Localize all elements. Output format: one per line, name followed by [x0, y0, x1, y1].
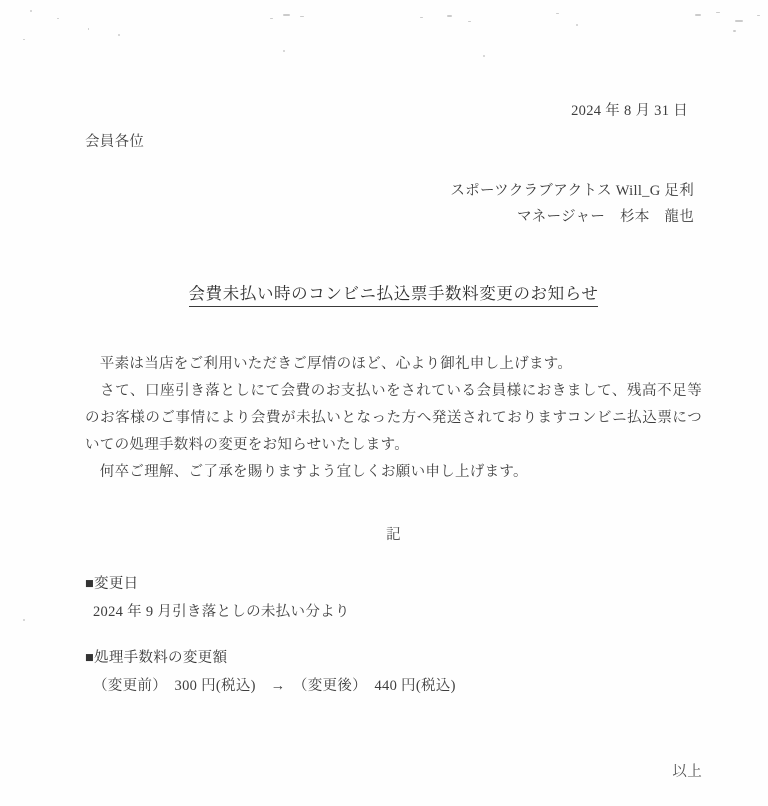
title-line: 会費未払い時のコンビニ払込票手数料変更のお知らせ	[85, 280, 702, 307]
document-title: 会費未払い時のコンビニ払込票手数料変更のお知らせ	[189, 280, 599, 307]
addressee: 会員各位	[85, 130, 702, 151]
letter-content: 2024 年 8 月 31 日 会員各位 スポーツクラブアクトス Will_G …	[85, 0, 702, 781]
scan-noise	[57, 18, 59, 19]
scan-noise	[23, 619, 25, 621]
sender-block: スポーツクラブアクトス Will_G 足利 マネージャー 杉本 龍也	[85, 178, 702, 230]
closing-marker: 以上	[85, 760, 702, 781]
paragraph-request: 何卒ご理解、ご了承を賜りますよう宜しくお願い申し上げます。	[85, 459, 702, 486]
scan-noise	[716, 12, 720, 13]
body-text: 平素は当店をご利用いただきご厚情のほど、心より御礼申し上げます。 さて、口座引き…	[85, 351, 702, 486]
section-change-date-heading: ■変更日	[85, 570, 702, 598]
document-date: 2024 年 8 月 31 日	[85, 99, 702, 120]
section-change-date-content: 2024 年 9 月引き落としの未払い分より	[85, 598, 702, 626]
paragraph-notice: さて、口座引き落としにて会費のお支払いをされている会員様におきまして、残高不足等…	[85, 378, 702, 459]
record-marker: 記	[85, 523, 702, 544]
section-fee-change-content: （変更前） 300 円(税込) → （変更後） 440 円(税込)	[85, 672, 702, 700]
paragraph-greeting: 平素は当店をご利用いただきご厚情のほど、心より御礼申し上げます。	[85, 351, 702, 378]
scan-noise	[23, 39, 25, 40]
section-change-date: ■変更日 2024 年 9 月引き落としの未払い分より	[85, 570, 702, 626]
scan-noise	[30, 10, 32, 12]
scan-noise	[733, 30, 736, 32]
scan-noise	[735, 20, 743, 22]
scan-noise	[757, 15, 760, 16]
section-fee-change-heading: ■処理手数料の変更額	[85, 644, 702, 672]
document-page: 2024 年 8 月 31 日 会員各位 スポーツクラブアクトス Will_G …	[0, 0, 768, 806]
sender-manager-name: マネージャー 杉本 龍也	[85, 204, 702, 230]
section-fee-change: ■処理手数料の変更額 （変更前） 300 円(税込) → （変更後） 440 円…	[85, 644, 702, 700]
sender-organization: スポーツクラブアクトス Will_G 足利	[85, 178, 702, 204]
